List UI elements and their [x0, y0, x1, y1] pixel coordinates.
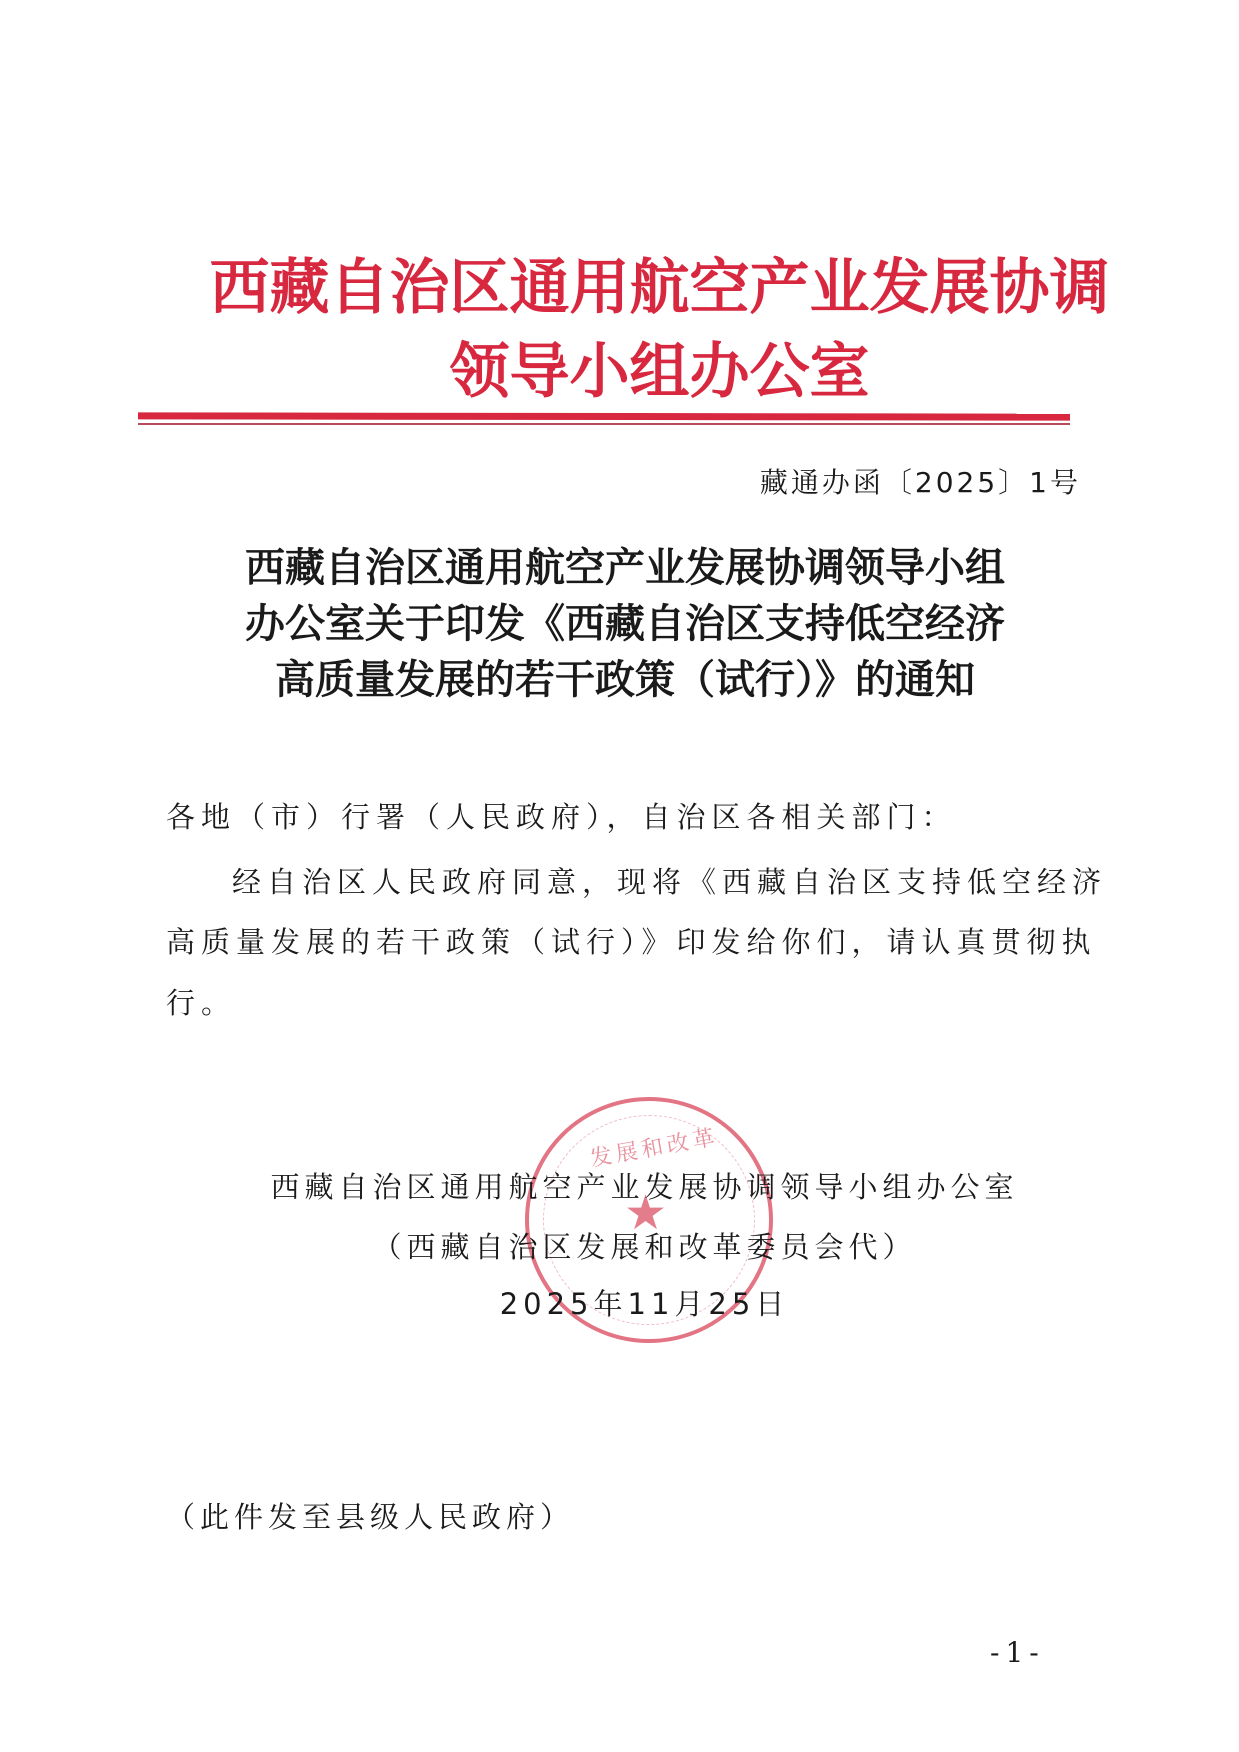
body-paragraph-line3: 行。 [166, 989, 236, 1018]
page-number: -1- [990, 1636, 1045, 1669]
signature-date: 2025年11月25日 [25, 1282, 1239, 1323]
red-header-rule-thin [138, 423, 1070, 425]
body-paragraph-line2: 高质量发展的若干政策（试行）》印发给你们，请认真贯彻执 [166, 928, 1097, 957]
distribution-note: （此件发至县级人民政府） [166, 1495, 574, 1536]
document-title-line2: 办公室关于印发《西藏自治区支持低空经济 [150, 604, 1100, 644]
issuing-org-header-line1: 西藏自治区通用航空产业发展协调 [40, 258, 1239, 318]
document-title-line3: 高质量发展的若干政策（试行）》的通知 [150, 660, 1100, 700]
body-paragraph-line1: 经自治区人民政府同意，现将《西藏自治区支持低空经济 [232, 868, 1107, 897]
issuing-org-header-line2: 领导小组办公室 [40, 342, 1239, 402]
document-title-line1: 西藏自治区通用航空产业发展协调领导小组 [150, 548, 1100, 588]
signature-on-behalf: （西藏自治区发展和改革委员会代） [25, 1225, 1239, 1266]
signature-issuer: 西藏自治区通用航空产业发展协调领导小组办公室 [25, 1165, 1239, 1206]
red-header-rule [138, 412, 1070, 420]
document-number: 藏通办函〔2025〕1号 [760, 461, 1081, 501]
salutation: 各地（市）行署（人民政府），自治区各相关部门： [166, 803, 957, 832]
